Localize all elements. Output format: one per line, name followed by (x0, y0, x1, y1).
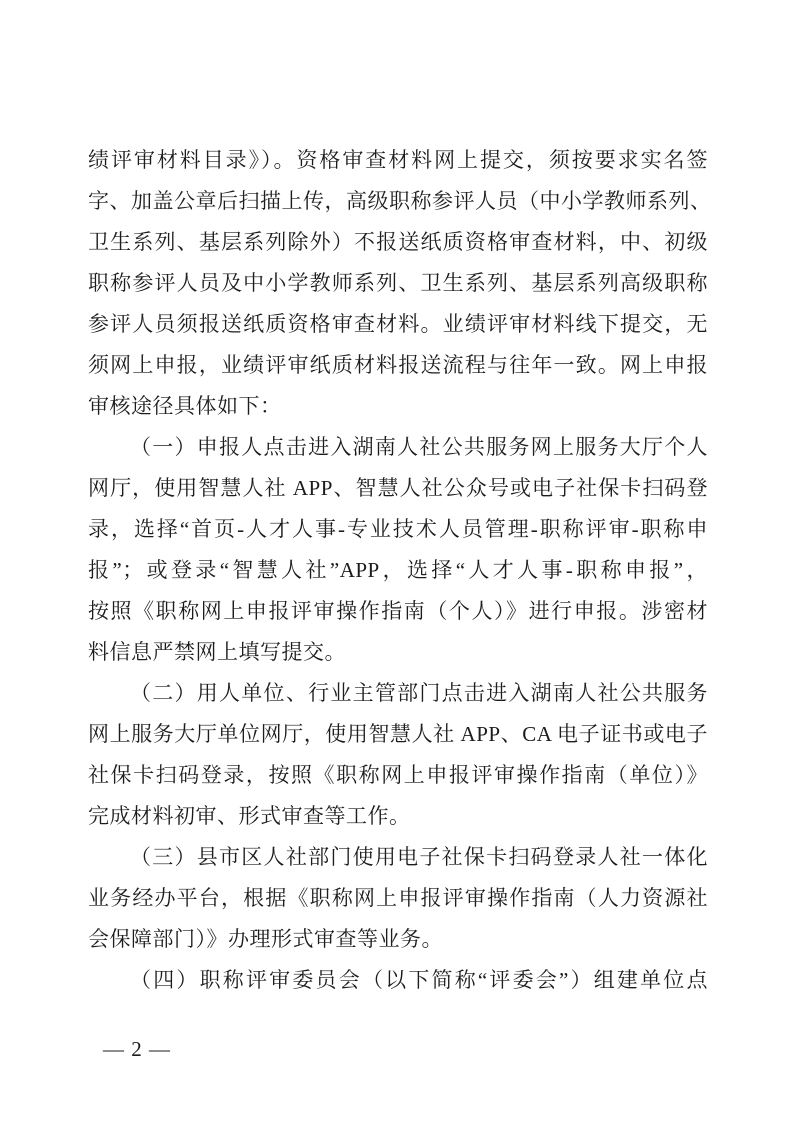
text-line: 须网上申报，业绩评审纸质材料报送流程与往年一致。网上申报 (88, 345, 708, 386)
page-number: — 2 — (103, 1036, 171, 1062)
text-line: 审核途径具体如下： (88, 386, 708, 427)
document-body: 绩评审材料目录》）。资格审查材料网上提交，须按要求实名签 字、加盖公章后扫描上传… (88, 140, 708, 1001)
document-page: 绩评审材料目录》）。资格审查材料网上提交，须按要求实名签 字、加盖公章后扫描上传… (0, 0, 793, 1122)
text-line: 网厅，使用智慧人社 APP、智慧人社公众号或电子社保卡扫码登 (88, 468, 708, 509)
text-line: 料信息严禁网上填写提交。 (88, 632, 708, 673)
text-line: 卫生系列、基层系列除外）不报送纸质资格审查材料，中、初级 (88, 222, 708, 263)
text-line: 社保卡扫码登录，按照《职称网上申报评审操作指南（单位）》 (88, 755, 708, 796)
text-line: 职称参评人员及中小学教师系列、卫生系列、基层系列高级职称 (88, 263, 708, 304)
text-line: 参评人员须报送纸质资格审查材料。业绩评审材料线下提交，无 (88, 304, 708, 345)
text-line-paragraph-3-start: （三）县市区人社部门使用电子社保卡扫码登录人社一体化 (88, 837, 708, 878)
text-line-paragraph-4-start: （四）职称评审委员会（以下简称“评委会”）组建单位点 (88, 960, 708, 1001)
text-line: 录，选择“首页-人才人事-专业技术人员管理-职称评审-职称申 (88, 509, 708, 550)
text-line: 绩评审材料目录》）。资格审查材料网上提交，须按要求实名签 (88, 140, 708, 181)
text-line: 按照《职称网上申报评审操作指南（个人）》进行申报。涉密材 (88, 591, 708, 632)
text-line: 完成材料初审、形式审查等工作。 (88, 796, 708, 837)
text-line: 会保障部门）》办理形式审查等业务。 (88, 919, 708, 960)
text-line-paragraph-2-start: （二）用人单位、行业主管部门点击进入湖南人社公共服务 (88, 673, 708, 714)
text-line: 业务经办平台，根据《职称网上申报评审操作指南（人力资源社 (88, 878, 708, 919)
text-line: 网上服务大厅单位网厅，使用智慧人社 APP、CA 电子证书或电子 (88, 714, 708, 755)
text-line: 字、加盖公章后扫描上传，高级职称参评人员（中小学教师系列、 (88, 181, 708, 222)
text-line: 报”；或登录“智慧人社”APP，选择“人才人事-职称申报”， (88, 550, 708, 591)
text-line-paragraph-1-start: （一）申报人点击进入湖南人社公共服务网上服务大厅个人 (88, 427, 708, 468)
